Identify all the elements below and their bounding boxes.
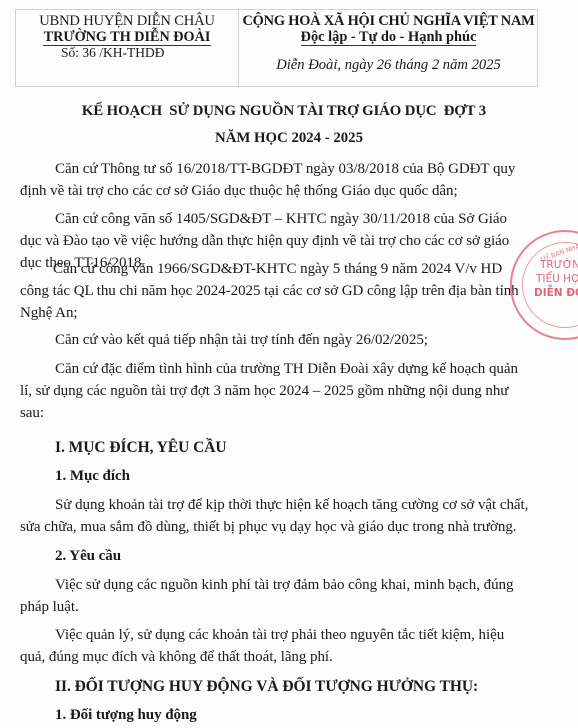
header-right-cell: CỘNG HOÀ XÃ HỘI CHỦ NGHĨA VIỆT NAM Độc l… (239, 10, 537, 86)
preamble-line: định về tài trợ cho các cơ sở Giáo dục t… (20, 183, 458, 200)
document-number: Số: 36 /KH-THDĐ (61, 45, 165, 61)
preamble-line: sau: (20, 405, 44, 422)
preamble-line: Nghệ An; (20, 305, 78, 322)
body-line: pháp luật. (20, 599, 79, 616)
national-motto: Độc lập - Tự do - Hạnh phúc (239, 29, 538, 46)
issuing-authority: UBND HUYỆN DIỄN CHÂU (16, 13, 238, 30)
preamble-line: Căn cứ Thông tư số 16/2018/TT-BGDĐT ngày… (55, 161, 515, 178)
section-heading-1: I. MỤC ĐÍCH, YÊU CẦU (55, 439, 227, 457)
school-name-text: TRƯỜNG TH DIỄN ĐOÀI (43, 29, 212, 46)
document-subtitle: NĂM HỌC 2024 - 2025 (0, 130, 578, 147)
school-name: TRƯỜNG TH DIỄN ĐOÀI (16, 29, 238, 46)
document-title: KẾ HOẠCH SỬ DỤNG NGUỒN TÀI TRỢ GIÁO DỤC … (0, 103, 578, 120)
subsection-heading-requirements: 2. Yêu cầu (55, 548, 121, 565)
preamble-line: dục và Đào tạo về việc hướng dẫn thực hi… (20, 233, 509, 250)
preamble-line: lí, sử dụng các nguồn tài trợ đợt 3 năm … (20, 383, 508, 400)
stamp-line-3: DIỄN ĐOÀI (534, 287, 578, 299)
title-line-1: KẾ HOẠCH SỬ DỤNG NGUỒN TÀI TRỢ GIÁO DỤC … (82, 103, 486, 119)
preamble-line: Căn cứ vào kết quả tiếp nhận tài trợ tín… (55, 332, 428, 349)
body-line: sửa chữa, mua sắm đồ dùng, thiết bị phục… (20, 519, 517, 536)
document-page: UBND HUYỆN DIỄN CHÂU TRƯỜNG TH DIỄN ĐOÀI… (0, 0, 578, 728)
preamble-line: Căn cứ công văn số 1405/SGD&ĐT – KHTC ng… (55, 211, 507, 228)
preamble-line: công tác QL thu chi năm học 2024-2025 tạ… (20, 283, 519, 300)
preamble-line: Căn cứ đặc điểm tình hình của trường TH … (55, 361, 518, 378)
stamp-line-2: TIỂU HỌC (536, 273, 578, 285)
subsection-heading-mobilized: 1. Đối tượng huy động (55, 707, 197, 724)
body-line: Việc sử dụng các nguồn kinh phí tài trợ … (55, 577, 513, 594)
stamp-line-1: TRƯỜNG (540, 259, 578, 271)
place-date: Diễn Đoài, ngày 26 tháng 2 năm 2025 (239, 57, 538, 74)
body-line: quả, đúng mục đích và không để thất thoá… (20, 649, 333, 666)
national-title: CỘNG HOÀ XÃ HỘI CHỦ NGHĨA VIỆT NAM (239, 13, 538, 30)
preamble-line: Căn cứ công văn 1966/SGD&ĐT-KHTC ngày 5 … (53, 261, 502, 278)
body-line: Sử dụng khoản tài trợ để kịp thời thực h… (55, 497, 528, 514)
section-heading-2: II. ĐỐI TƯỢNG HUY ĐỘNG VÀ ĐỐI TƯỢNG HƯỞN… (55, 678, 478, 696)
body-line: Việc quản lý, sử dụng các khoản tài trợ … (55, 627, 504, 644)
subsection-heading-purpose: 1. Mục đích (55, 468, 130, 485)
header-left-cell: UBND HUYỆN DIỄN CHÂU TRƯỜNG TH DIỄN ĐOÀI… (16, 10, 239, 86)
motto-text: Độc lập - Tự do - Hạnh phúc (301, 29, 477, 46)
header-table: UBND HUYỆN DIỄN CHÂU TRƯỜNG TH DIỄN ĐOÀI… (15, 9, 538, 87)
